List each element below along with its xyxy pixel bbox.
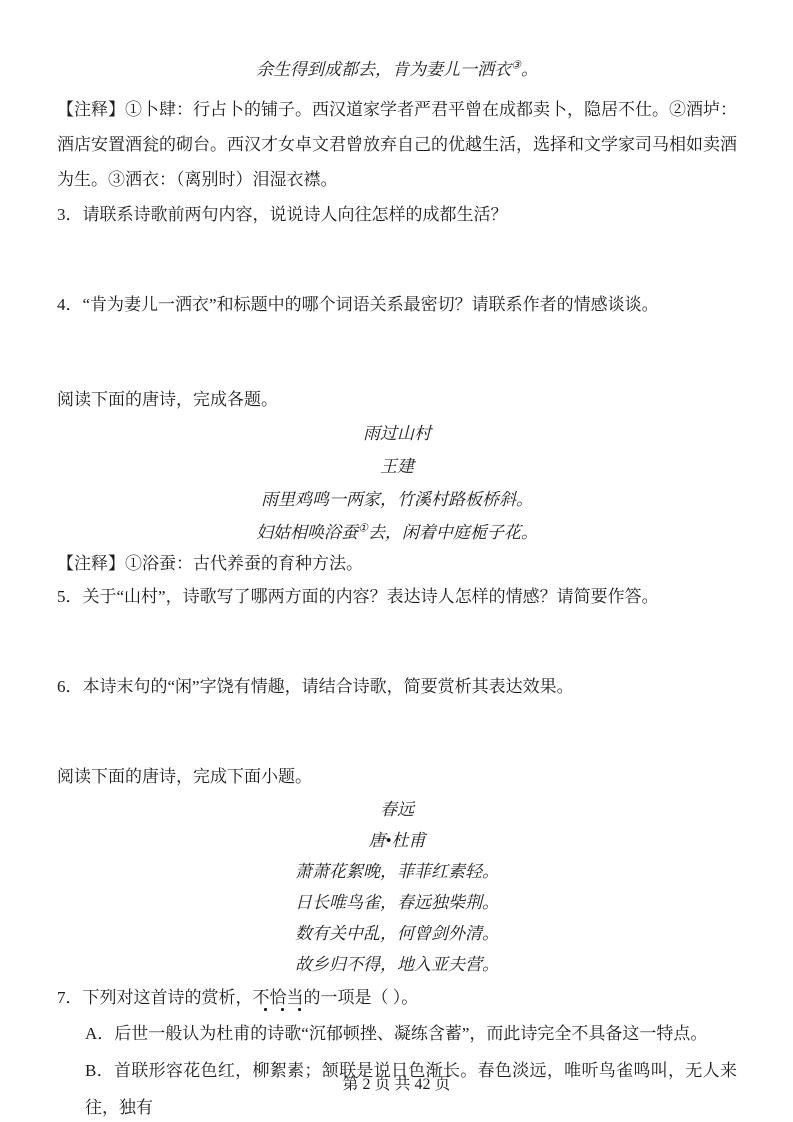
- question-7-post: 的一项是（ ）。: [304, 988, 419, 1007]
- poem1-last-line-text: 余生得到成都去，肯为妻儿一洒衣: [256, 60, 511, 79]
- poem2-line2-pre: 妇姑相唤浴蚕: [256, 523, 358, 542]
- poem2-author: 王建: [57, 450, 737, 483]
- poem1-last-line: 余生得到成都去，肯为妻儿一洒衣③。: [57, 52, 737, 87]
- question-4: 4．“肯为妻儿一洒衣”和标题中的哪个词语关系最密切？请联系作者的情感谈谈。: [57, 287, 737, 322]
- question-6: 6．本诗末句的“闲”字饶有情趣，请结合诗歌，简要赏析其表达效果。: [57, 669, 737, 704]
- question-7-option-a: A．后世一般认为杜甫的诗歌“沉郁顿挫、凝练含蓄”，而此诗完全不具备这一特点。: [57, 1015, 737, 1052]
- document-page: 余生得到成都去，肯为妻儿一洒衣③。 【注释】①卜肆：行占卜的铺子。西汉道家学者严…: [0, 0, 793, 1122]
- poem2-line-2: 妇姑相唤浴蚕①去，闲着中庭栀子花。: [57, 516, 737, 549]
- poem2-block: 雨过山村 王建 雨里鸡鸣一两家，竹溪村路板桥斜。 妇姑相唤浴蚕①去，闲着中庭栀子…: [57, 417, 737, 549]
- poem1-annotations: 【注释】①卜肆：行占卜的铺子。西汉道家学者严君平曾在成都卖卜，隐居不仕。②酒垆：…: [57, 92, 737, 197]
- page-content: 余生得到成都去，肯为妻儿一洒衣③。 【注释】①卜肆：行占卜的铺子。西汉道家学者严…: [57, 52, 737, 1122]
- answer-space-q3: [57, 232, 737, 287]
- section3-intro: 阅读下面的唐诗，完成下面小题。: [57, 759, 737, 794]
- answer-space-q4: [57, 322, 737, 382]
- poem2-title: 雨过山村: [57, 417, 737, 450]
- poem3-line-2: 日长唯鸟雀，春远独柴荆。: [57, 887, 737, 918]
- poem3-block: 春远 唐•杜甫 萧萧花絮晚，菲菲红素轻。 日长唯鸟雀，春远独柴荆。 数有关中乱，…: [57, 794, 737, 980]
- poem2-annotation: 【注释】①浴蚕：古代养蚕的育种方法。: [57, 549, 737, 579]
- note-ref-3: ③: [511, 59, 521, 71]
- poem3-line-1: 萧萧花絮晚，菲菲红素轻。: [57, 856, 737, 887]
- poem3-author: 唐•杜甫: [57, 825, 737, 856]
- question-7-emphasis: 不恰当: [253, 988, 304, 1012]
- question-7: 7．下列对这首诗的赏析，不恰当的一项是（ ）。: [57, 980, 737, 1015]
- poem3-line-3: 数有关中乱，何曾剑外清。: [57, 918, 737, 949]
- poem2-line2-post: 去，闲着中庭栀子花。: [368, 523, 538, 542]
- answer-space-q5: [57, 614, 737, 669]
- poem2-line-1: 雨里鸡鸣一两家，竹溪村路板桥斜。: [57, 483, 737, 516]
- answer-space-q6: [57, 704, 737, 759]
- poem3-line-4: 故乡归不得，地入亚夫营。: [57, 949, 737, 980]
- question-5: 5．关于“山村”，诗歌写了哪两方面的内容？表达诗人怎样的情感？请简要作答。: [57, 579, 737, 614]
- question-3: 3．请联系诗歌前两句内容，说说诗人向往怎样的成都生活？: [57, 197, 737, 232]
- question-7-pre: 7．下列对这首诗的赏析，: [57, 988, 253, 1007]
- poem3-title: 春远: [57, 794, 737, 825]
- poem1-last-line-tail: 。: [521, 60, 538, 79]
- section2-intro: 阅读下面的唐诗，完成各题。: [57, 382, 737, 417]
- page-number-footer: 第 2 页 共 42 页: [0, 1071, 793, 1094]
- note-ref-1: ①: [358, 522, 368, 534]
